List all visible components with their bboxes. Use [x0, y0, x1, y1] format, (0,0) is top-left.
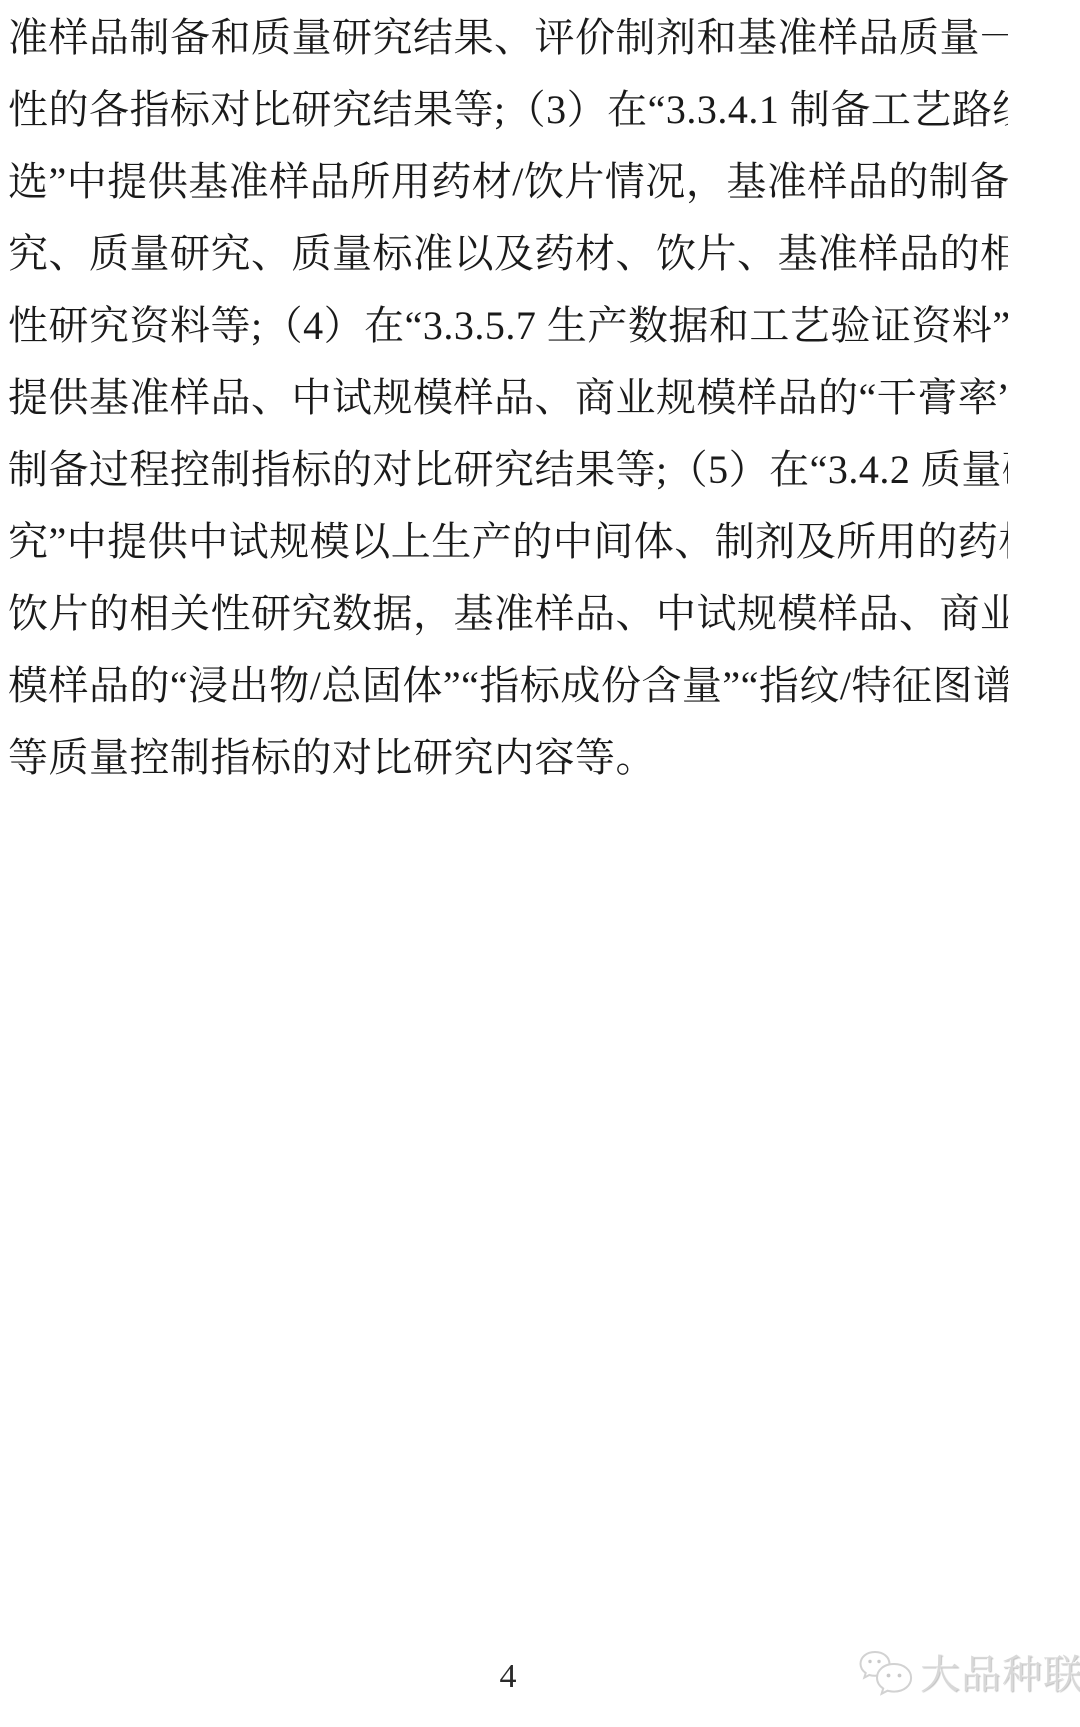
watermark-label: 大品种联盟 [920, 1648, 1080, 1702]
watermark: 大品种联盟 [858, 1648, 1080, 1702]
paragraph-line: 模样品的“浸出物/总固体”“指标成份含量”“指纹/特征图谱” [8, 650, 1008, 722]
paragraph-line: 等质量控制指标的对比研究内容等。 [8, 722, 1008, 794]
paragraph-line: 性研究资料等;（4）在“3.3.5.7 生产数据和工艺验证资料”中 [8, 290, 1008, 362]
document-page: 准样品制备和质量研究结果、评价制剂和基准样品质量一致 性的各指标对比研究结果等;… [0, 0, 1080, 1727]
paragraph-line: 性的各指标对比研究结果等;（3）在“3.3.4.1 制备工艺路线筛 [8, 74, 1008, 146]
paragraph-line: 饮片的相关性研究数据，基准样品、中试规模样品、商业规 [8, 578, 1008, 650]
paragraph-line: 制备过程控制指标的对比研究结果等;（5）在“3.4.2 质量研 [8, 434, 1008, 506]
paragraph-line: 究、质量研究、质量标准以及药材、饮片、基准样品的相关 [8, 218, 1008, 290]
wechat-chat-bubbles-icon [858, 1648, 914, 1702]
body-paragraph: 准样品制备和质量研究结果、评价制剂和基准样品质量一致 性的各指标对比研究结果等;… [8, 2, 1008, 794]
paragraph-line: 准样品制备和质量研究结果、评价制剂和基准样品质量一致 [8, 2, 1008, 74]
paragraph-line: 究”中提供中试规模以上生产的中间体、制剂及所用的药材、 [8, 506, 1008, 578]
paragraph-line: 提供基准样品、中试规模样品、商业规模样品的“干膏率”等 [8, 362, 1008, 434]
paragraph-line: 选”中提供基准样品所用药材/饮片情况，基准样品的制备研 [8, 146, 1008, 218]
